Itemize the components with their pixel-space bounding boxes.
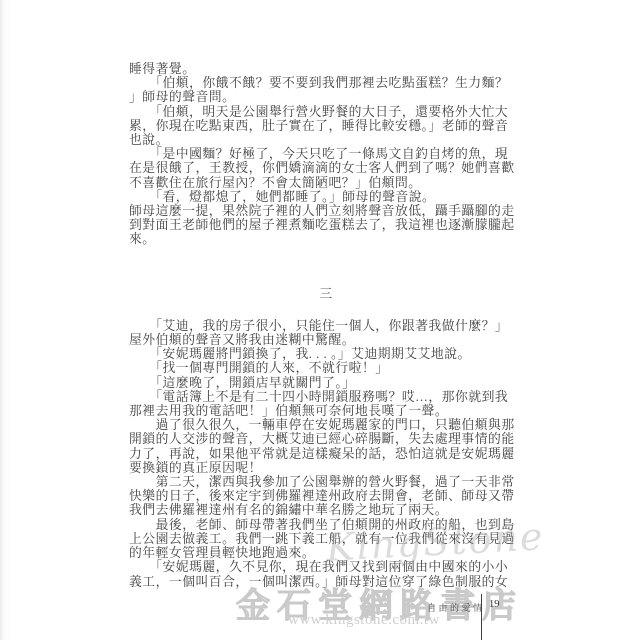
text-line: 」師母的聲音問。 (129, 90, 529, 104)
footer-divider-rule (481, 594, 482, 640)
text-line: 在是很餓了，王教授，你們嬌滴滴的女士客人們到了嗎？她們喜歡 (129, 161, 529, 175)
section-heading: 三 (129, 287, 523, 301)
text-line: 第二天，潔西與我參加了公園舉辦的營火野餐，過了一天非常 (129, 475, 529, 489)
text-line: 「電話簿上不是有二十四小時開鎖服務嗎？哎…，那你就到我 (129, 390, 529, 404)
running-title: 自由的愛情 (427, 601, 485, 614)
text-line: 那裡去用我的電話吧！」伯頫無可奈何地長嘆了一聲。 (129, 404, 529, 418)
text-line: 「伯頫，明天是公園舉行營火野餐的大日子，還要格外大忙大 (129, 105, 529, 119)
text-line: 過了很久很久，一輛車停在安妮瑪麗家的門口，只聽伯頫與那 (129, 418, 529, 432)
text-line: 睡得著覺。 (129, 62, 529, 76)
text-line: 上公園去做義工。我們一跳下義工船，就有一位我們從來沒有見過 (129, 532, 529, 546)
text-line: 「安妮瑪麗將門鎖換了，我. . . 。」艾迪期期艾艾地說。 (129, 347, 529, 361)
page-text-block: 睡得著覺。 「伯頫，你餓不餓？要不要到我們那裡去吃點蛋糕？生力麵？」師母的聲音問… (129, 62, 529, 589)
text-line: 「是中國麵？好極了，今天只吃了一條馬文自釣自烤的魚，現 (129, 147, 529, 161)
text-line: 義工，一個叫百合，一個叫潔西。」師母對這位穿了綠色制服的女 (129, 575, 529, 589)
text-line: 要換鎖的真正原因呢！ (129, 461, 529, 475)
text-line: 「這麼晚了，開鎖店早就關門了。」 (129, 376, 529, 390)
text-line: 「找一個專門開鎖的人來，不就行啦！」 (129, 361, 529, 375)
text-line: 師母這麼一提，果然院子裡的人們立刻將聲音放低，躡手躡腳的走 (129, 204, 529, 218)
text-line: 不喜歡住在旅行屋內？不會太簡陋吧？」伯頫問。 (129, 176, 529, 190)
page-number: 19 (489, 599, 500, 610)
text-line: 最後，老師、師母帶著我們坐了伯頫開的州政府的船，也到島 (129, 518, 529, 532)
text-line: 來。 (129, 232, 529, 246)
paragraphs-before-section: 睡得著覺。 「伯頫，你餓不餓？要不要到我們那裡去吃點蛋糕？生力麵？」師母的聲音問… (129, 62, 529, 247)
text-line: 屋外伯頫的聲音又將我由迷糊中驚醒。 (129, 333, 529, 347)
text-line: 的年輕女管理員輕快地跑過來。 (129, 546, 529, 560)
text-line: 「安妮瑪麗，久不見你，現在我們又找到兩個由中國來的小小 (129, 560, 529, 574)
text-line: 力了，再說，如果他平常就是這樣癡呆的話，恐怕這就是安妮瑪麗 (129, 447, 529, 461)
text-line: 「看，燈都熄了，她們都睡了。」師母的聲音說。 (129, 190, 529, 204)
paragraphs-after-section: 「艾迪，我的房子很小，只能住一個人，你跟著我做什麼？」屋外伯頫的聲音又將我由迷糊… (129, 319, 529, 589)
text-line: 「伯頫，你餓不餓？要不要到我們那裡去吃點蛋糕？生力麵？ (129, 76, 529, 90)
text-line: 累，你現在吃點東西，肚子實在了，睡得比較安穩。」老師的聲音 (129, 119, 529, 133)
text-line: 我們去佛羅裡達州有名的錦繡中華名勝之地玩了兩天。 (129, 503, 529, 517)
text-line: 快樂的日子，後來定宇到佛羅裡達州政府去開會，老師、師母又帶 (129, 489, 529, 503)
text-line: 也說。 (129, 133, 529, 147)
book-page-scan: 睡得著覺。 「伯頫，你餓不餓？要不要到我們那裡去吃點蛋糕？生力麵？」師母的聲音問… (0, 0, 640, 640)
text-line: 開鎖的人交涉的聲音，大概艾迪已經心碎腸斷，失去處理事情的能 (129, 432, 529, 446)
text-line: 到對面王老師他們的屋子裡煮麵吃蛋糕去了，我這裡也逐漸朦朧起 (129, 218, 529, 232)
text-line: 「艾迪，我的房子很小，只能住一個人，你跟著我做什麼？」 (129, 319, 529, 333)
kingstone-url-watermark: www.kingstone.com.tw (288, 612, 440, 629)
